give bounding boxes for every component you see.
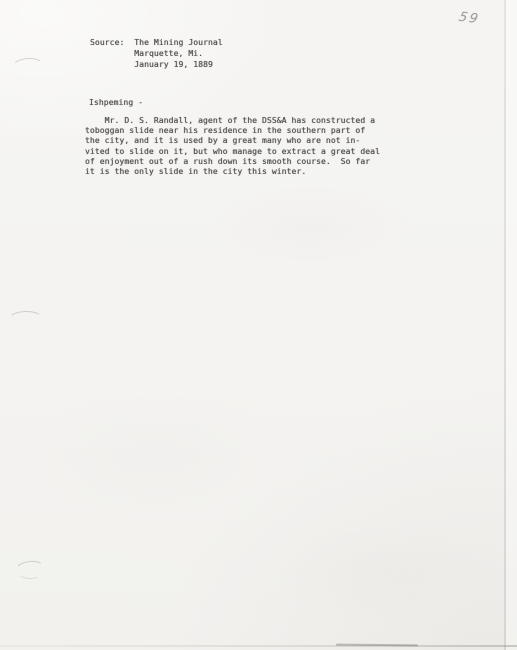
paper-bottom-edge <box>0 645 517 647</box>
article-body: Mr. D. S. Randall, agent of the DSS&A ha… <box>85 116 380 177</box>
paper-edge-highlight <box>506 0 517 650</box>
source-citation: Source: The Mining Journal Marquette, Mi… <box>90 37 223 70</box>
scanned-document-page: 59 Source: The Mining Journal Marquette,… <box>0 0 517 650</box>
paper-texture <box>0 0 517 650</box>
pencil-arc-mark <box>11 57 44 76</box>
handwritten-page-number: 59 <box>457 10 481 27</box>
pencil-arc-mark <box>8 310 44 328</box>
article-heading: Ishpeming - <box>89 98 143 108</box>
